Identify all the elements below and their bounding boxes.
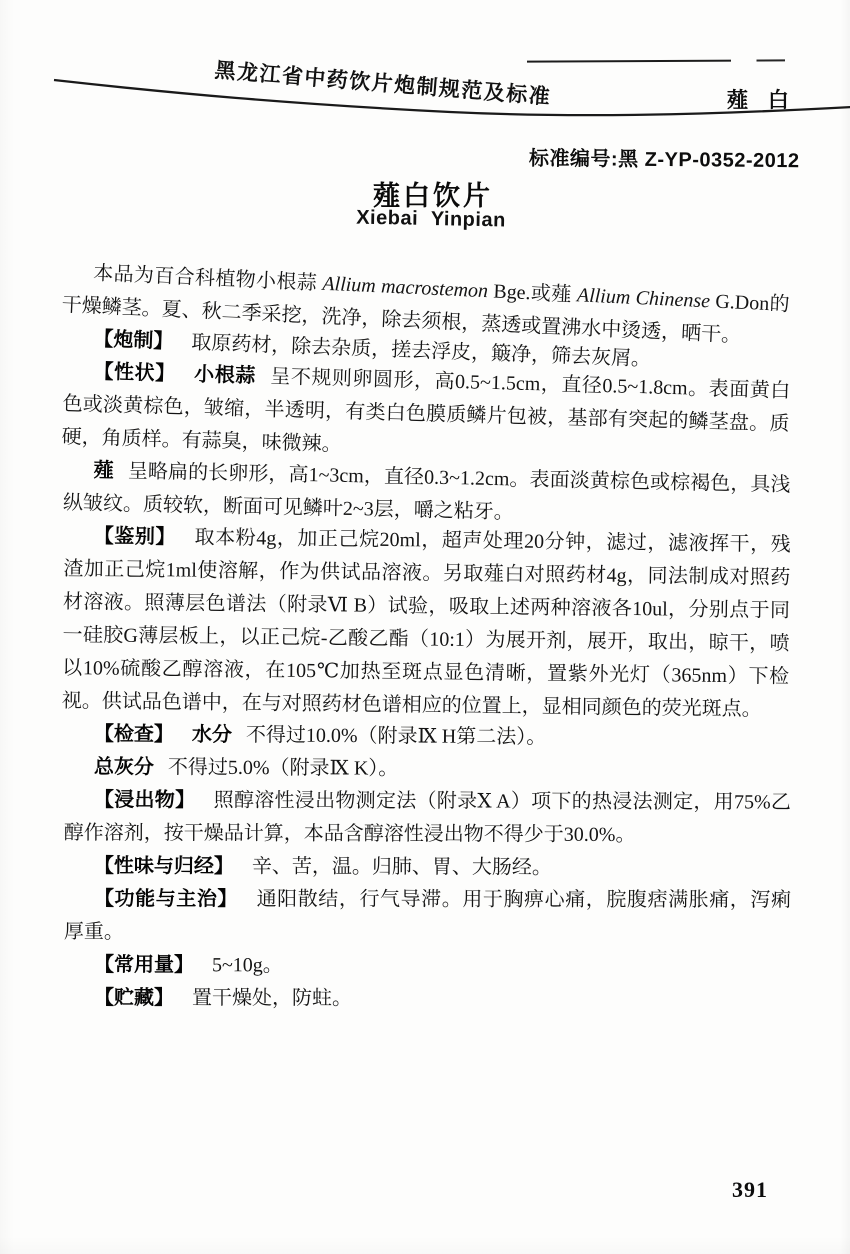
property-meridian-text: 辛、苦，温。归肺、胃、大肠经。 [252,856,552,879]
term-total-ash: 总灰分 [94,756,154,778]
storage-paragraph: 【贮藏】 置干燥处，防蛀。 [64,982,791,1016]
inspection-paragraph: 【检查】 水分 不得过10.0%（附录Ⅸ H第二法）。 [64,718,791,756]
dosage-text: 5~10g。 [212,954,283,976]
document-body: 本品为百合科植物小根蒜 Allium macrostemon Bge.或薤 Al… [64,256,791,1015]
latin-name-allium-macrostemon: Allium macrostemon [322,273,489,302]
section-label-paozhi: 【炮制】 [93,328,174,353]
extractives-paragraph: 【浸出物】 照醇溶性浸出物测定法（附录Ⅹ A）项下的热浸法测定，用75%乙醇作溶… [64,784,791,853]
intro-text-2: Bge.或薤 [493,281,572,307]
page-number: 391 [732,1177,768,1203]
total-ash-text: 不得过5.0%（附录Ⅸ K）。 [168,757,399,780]
section-label-xingwei: 【性味与归经】 [94,855,234,877]
section-label-jianbie: 【鉴别】 [94,525,176,548]
section-label-xingzhuang: 【性状】 [93,361,176,385]
function-indication-paragraph: 【功能与主治】 通阳散结，行气导滞。用于胸痹心痛，脘腹痞满胀痛，泻痢厚重。 [64,883,791,950]
header-herb-name: 薤 白 [727,84,796,114]
standard-number: 标准编号:黑 Z-YP-0352-2012 [529,142,800,173]
term-xiaogensuan: 小根蒜 [194,364,256,388]
latin-name-allium-chinense: Allium Chinense [577,284,711,312]
identification-text: 取本粉4g，加正己烷20ml，超声处理20分钟，滤过，滤液挥干，残渣加正己烷1m… [62,527,791,721]
term-moisture: 水分 [192,724,232,746]
total-ash-paragraph: 总灰分 不得过5.0%（附录Ⅸ K）。 [64,751,791,788]
section-label-jinchuwu: 【浸出物】 [94,789,196,811]
property-meridian-paragraph: 【性味与归经】 辛、苦，温。归肺、胃、大肠经。 [64,850,791,886]
scanned-document-page: 黑龙江省中药饮片炮制规范及标准 薤 白 标准编号:黑 Z-YP-0352-201… [0,0,850,1254]
dosage-paragraph: 【常用量】 5~10g。 [64,949,791,983]
identification-paragraph: 【鉴别】 取本粉4g，加正己烷20ml，超声处理20分钟，滤过，滤液挥干，残渣加… [62,520,791,727]
term-xie: 薤 [93,460,114,482]
section-label-changyongliang: 【常用量】 [94,954,194,976]
inspection-moisture-text: 不得过10.0%（附录Ⅸ H第二法）。 [246,724,547,748]
intro-text-1: 本品为百合科植物小根蒜 [93,262,318,294]
storage-text: 置干燥处，防蛀。 [192,987,352,1009]
section-label-jiancha: 【检查】 [94,723,174,746]
xie-characteristics-text: 呈略扁的长卵形，高1~3cm，直径0.3~1.2cm。表面淡黄棕色或棕褐色，具浅… [63,460,791,523]
section-label-zhucang: 【贮藏】 [94,987,174,1009]
section-label-gongneng: 【功能与主治】 [94,888,238,910]
